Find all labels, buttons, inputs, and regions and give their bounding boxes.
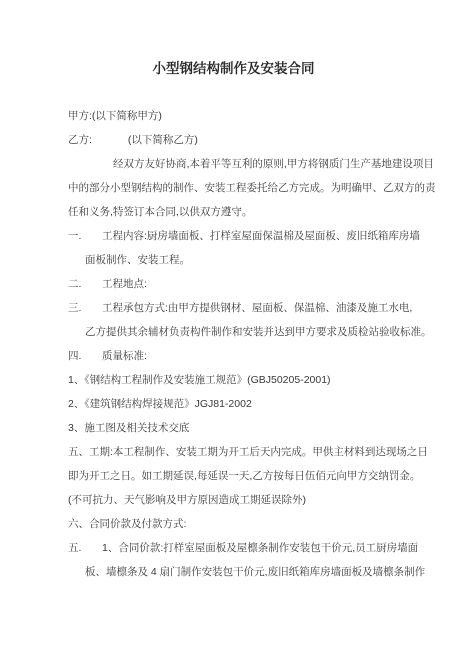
contract-line: 面板制作、安装工程。 [68, 248, 399, 272]
party-b-note: (以下简称乙方) [128, 134, 198, 146]
page-title: 小型钢结构制作及安装合同 [68, 58, 399, 80]
line-text: 1、合同价款:打样室屋面板及屋檩条制作安装包干价元,员工厨房墙面 [102, 536, 418, 560]
contract-line: 即为开工之日。如工期延误,每延误一天,乙方按每日伍佰元向甲方交纳罚金。 [68, 464, 399, 488]
contract-line: 三.工程承包方式:由甲方提供钢材、屋面板、保温棉、油漆及施工水电, [68, 296, 399, 320]
contract-line: 3、施工图及相关技术交底 [68, 416, 399, 440]
contract-line: 一.工程内容:厨房墙面板、打样室屋面保温棉及屋面板、废旧纸箱库房墙 [68, 224, 399, 248]
list-marker: 四. [68, 344, 102, 368]
contract-line: 板、墙檩条及 4 扇门制作安装包干价元,废旧纸箱库房墙面板及墙檩条制作 [68, 560, 399, 584]
contract-page: 小型钢结构制作及安装合同 甲方:(以下简称甲方)乙方:(以下简称乙方)经双方友好… [0, 0, 463, 655]
contract-line: 乙方:(以下简称乙方) [68, 128, 399, 152]
party-b-label: 乙方: [68, 134, 92, 146]
line-text: 质量标准: [102, 344, 147, 368]
document-body: 甲方:(以下简称甲方)乙方:(以下简称乙方)经双方友好协商,本着平等互利的原则,… [68, 104, 399, 584]
contract-line: (不可抗力、天气影响及甲方原因造成工期延误除外) [68, 488, 399, 512]
contract-line: 乙方提供其余辅材负责构件制作和安装并达到甲方要求及质检站验收标准。 [68, 320, 399, 344]
line-text: 工程承包方式:由甲方提供钢材、屋面板、保温棉、油漆及施工水电, [102, 296, 412, 320]
list-marker: 三. [68, 296, 102, 320]
fill-in-blank [92, 142, 128, 143]
contract-line: 六、合同价款及付款方式: [68, 512, 399, 536]
list-marker: 二. [68, 272, 102, 296]
contract-line: 中的部分小型钢结构的制作、安装工程委托给乙方完成。为明确甲、乙双方的责 [68, 176, 399, 200]
list-marker: 五. [68, 536, 102, 560]
contract-line: 甲方:(以下简称甲方) [68, 104, 399, 128]
contract-line: 经双方友好协商,本着平等互利的原则,甲方将钢质门生产基地建设项目 [68, 152, 399, 176]
contract-line: 二.工程地点: [68, 272, 399, 296]
line-text: 工程地点: [102, 272, 147, 296]
contract-line: 五.1、合同价款:打样室屋面板及屋檩条制作安装包干价元,员工厨房墙面 [68, 536, 399, 560]
contract-line: 五、工期:本工程制作、安装工期为开工后天内完成。甲供主材料到达现场之日 [68, 440, 399, 464]
line-text: 工程内容:厨房墙面板、打样室屋面保温棉及屋面板、废旧纸箱库房墙 [102, 224, 420, 248]
contract-line: 四.质量标准: [68, 344, 399, 368]
list-marker: 一. [68, 224, 102, 248]
contract-line: 任和义务,特签订本合同,以供双方遵守。 [68, 200, 399, 224]
contract-line: 1、《钢结构工程制作及安装施工规范》(GBJ50205-2001) [68, 368, 399, 392]
contract-line: 2、《建筑钢结构焊接规范》JGJ81-2002 [68, 392, 399, 416]
